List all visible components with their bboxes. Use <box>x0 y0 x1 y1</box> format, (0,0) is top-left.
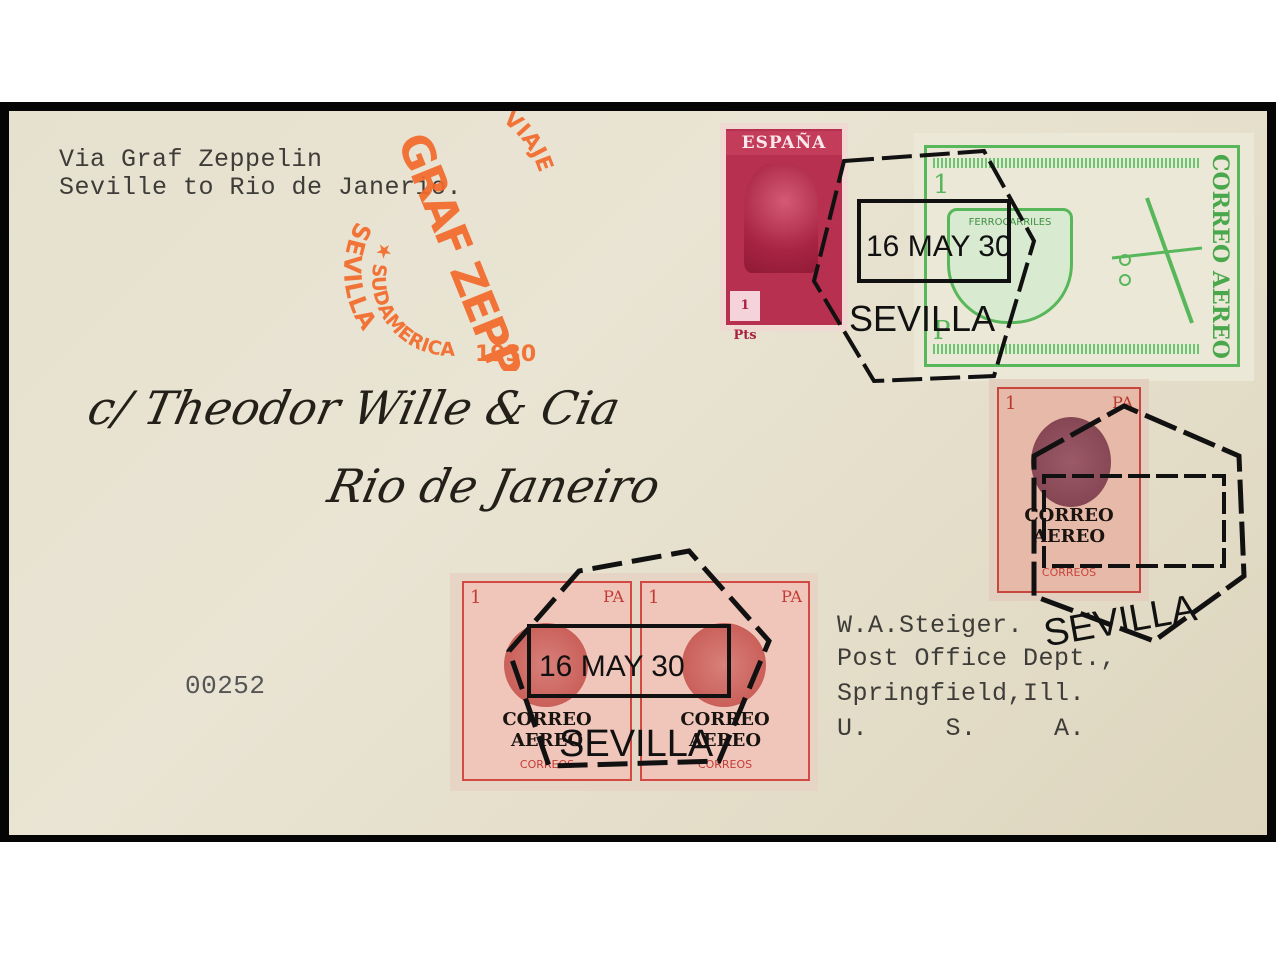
svg-text:VIAJE: VIAJE <box>498 111 557 175</box>
stamp-pair-right: 1 PA CORREO AEREO CORREOS <box>640 581 810 781</box>
stamp-medallion-overprint-pair: 1 PA CORREO AEREO CORREOS 1 PA CORREO AE… <box>450 573 818 791</box>
stamp-frame: ESPAÑA 1 Pts <box>726 129 842 325</box>
airplane-icon <box>1107 188 1207 328</box>
stamp-medallion-overprint-single: 1 PA CORREO AEREO CORREOS <box>989 379 1149 601</box>
serial-number: 00252 <box>185 671 266 701</box>
stamp-value-left: 1 <box>470 587 481 608</box>
stamp-country: ESPAÑA <box>726 131 842 155</box>
stamp-value-right: PA <box>781 587 802 606</box>
stamp-bottom-text: CORREOS <box>999 566 1139 579</box>
portrait-icon <box>682 623 766 707</box>
stamp-value-top: 1 <box>933 170 950 200</box>
stamp-railway-congress-airmail: CORREO AEREO FERROCARRILES 1 P <box>914 133 1254 381</box>
portrait-icon <box>504 623 588 707</box>
portrait-icon <box>744 163 818 273</box>
stamp-frame: 1 PA CORREO AEREO CORREOS <box>997 387 1141 593</box>
stamp-band-bottom <box>933 344 1199 354</box>
stamp-overprint: CORREO AEREO <box>464 709 630 751</box>
stamp-side-text: CORREO AEREO <box>1205 148 1233 364</box>
stamp-value: 1 Pts <box>730 291 760 321</box>
cachet-top-text: VIAJE <box>498 111 557 175</box>
stamp-bottom-text: CORREOS <box>642 758 808 771</box>
stamp-value-left: 1 <box>648 587 659 608</box>
route-line-1: Via Graf Zeppelin <box>59 145 323 175</box>
railway-badge-icon: FERROCARRILES <box>947 208 1073 324</box>
sender-line-3: Springfield,Ill. <box>837 679 1085 709</box>
zeppelin-cachet: SEVILLA ★ SUDAMERICA VIAJE 1930 GRAF ZEP… <box>327 111 567 371</box>
sender-line-2: Post Office Dept., <box>837 644 1116 674</box>
envelope: Via Graf Zeppelin Seville to Rio de Jane… <box>9 111 1267 835</box>
stamp-pair-left: 1 PA CORREO AEREO CORREOS <box>462 581 632 781</box>
stamp-frame: CORREO AEREO FERROCARRILES 1 P <box>924 145 1240 367</box>
stamp-band-top <box>933 158 1199 168</box>
sender-line-4: U. S. A. <box>837 714 1085 744</box>
handwritten-city: Rio de Janeiro <box>323 459 665 513</box>
stamp-overprint: CORREO AEREO <box>642 709 808 751</box>
stamp-value-right: PA <box>603 587 624 606</box>
sender-line-1: W.A.Steiger. <box>837 611 1023 641</box>
stamp-bottom-text: CORREOS <box>464 758 630 771</box>
portrait-icon <box>1031 417 1111 507</box>
handwritten-addressee: c/ Theodor Wille & Cia <box>83 381 625 435</box>
stamp-overprint: CORREO AEREO <box>999 505 1139 547</box>
stamp-value-left: 1 <box>1005 393 1016 414</box>
cachet-icon: SEVILLA ★ SUDAMERICA VIAJE 1930 GRAF ZEP… <box>327 111 567 371</box>
badge-text: FERROCARRILES <box>950 217 1070 228</box>
stamp-value-bottom: P <box>933 316 951 346</box>
stamp-alfonso-1-peseta: ESPAÑA 1 Pts <box>720 123 848 331</box>
stamp-value-right: PA <box>1112 393 1133 412</box>
